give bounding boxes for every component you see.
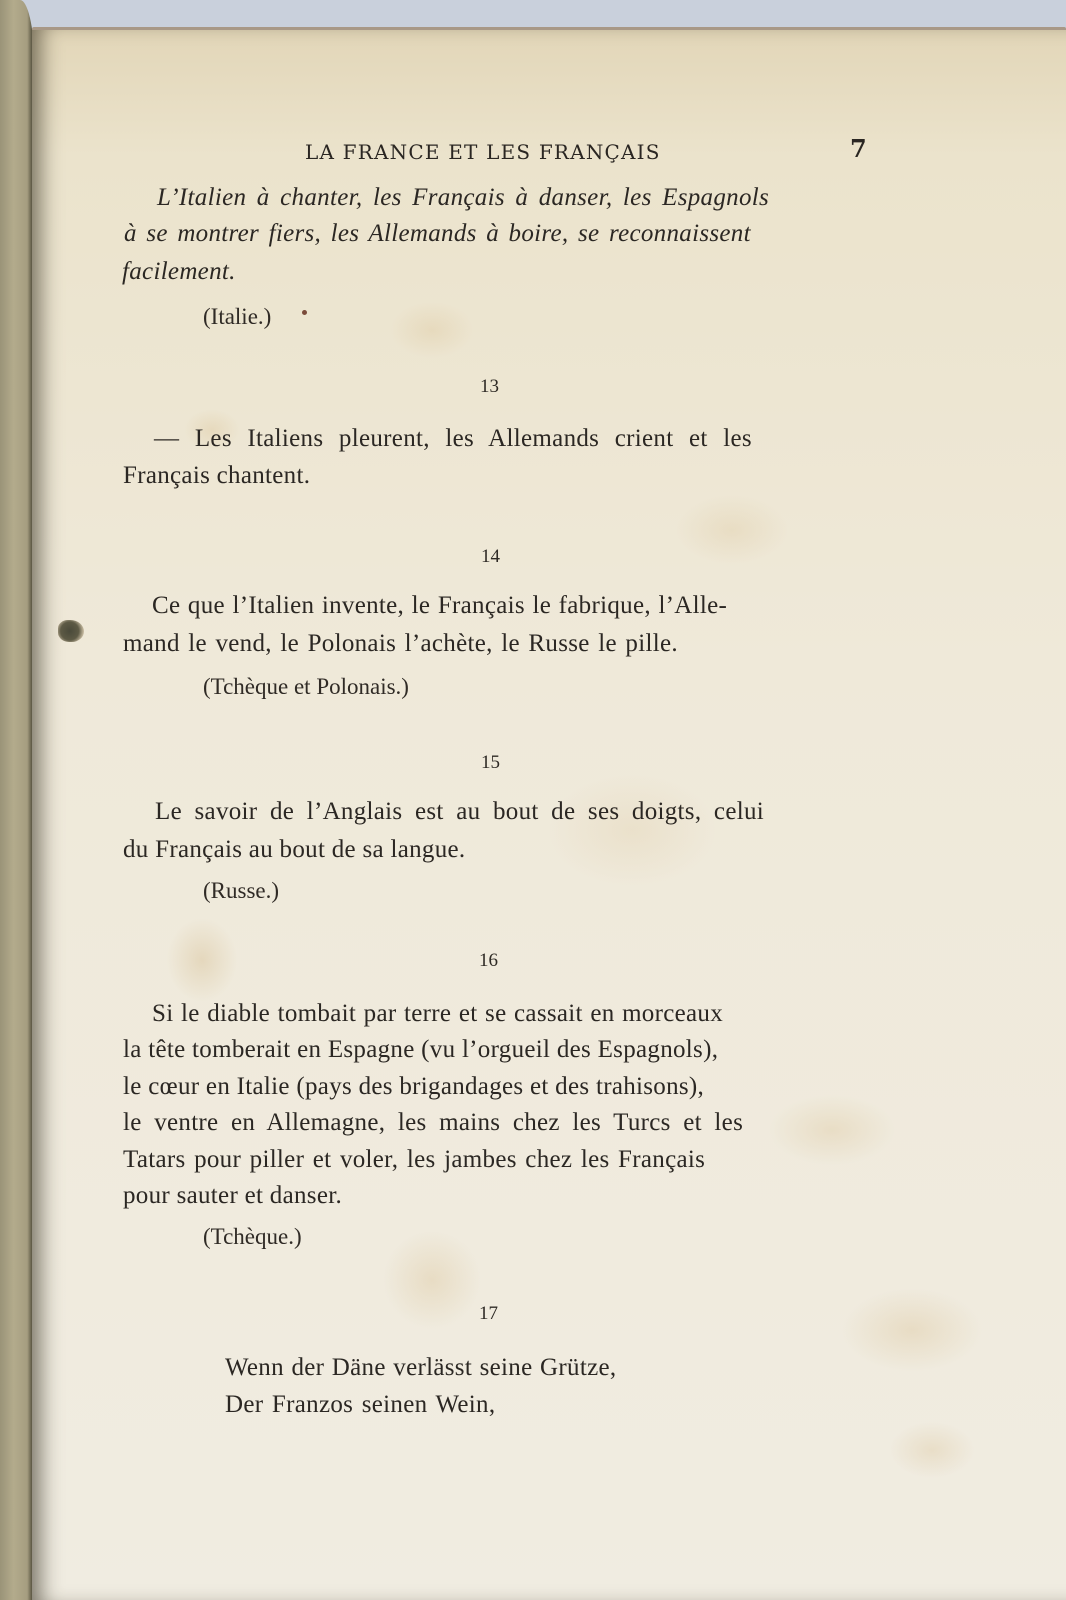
page-number: 7 [850,134,867,163]
text-line: Ce que l’Italien invente, le Français le… [152,592,727,620]
text-line: le ventre en Allemagne, les mains chez l… [123,1109,743,1137]
text-line: facilement. [122,258,236,286]
text-line: — Les Italiens pleurent, les Allemands c… [154,425,752,453]
proverb-number: 13 [480,376,499,398]
text-line: Tatars pour piller et voler, les jambes … [123,1146,705,1174]
running-head: LA FRANCE ET LES FRANÇAIS [305,140,661,164]
proverb-number: 17 [479,1303,498,1325]
text-line: L’Italien à chanter, les Français à dans… [157,184,769,212]
text-line: Si le diable tombait par terre et se cas… [152,1000,723,1028]
stray-mark [302,310,307,315]
text-line: Français chantent. [123,462,310,490]
ink-stain [58,620,84,642]
text-line: le cœur en Italie (pays des brigandages … [123,1073,704,1101]
text-line: mand le vend, le Polonais l’achète, le R… [123,630,678,658]
adjacent-page-edge [0,0,34,1600]
proverb-origin: (Italie.) [203,304,271,330]
proverb-number: 14 [481,546,500,568]
proverb-number: 15 [481,752,500,774]
proverb-origin: (Russe.) [203,878,279,904]
proverb-origin: (Tchèque.) [203,1224,302,1250]
text-line: la tête tomberait en Espagne (vu l’orgue… [123,1036,718,1064]
text-line: pour sauter et danser. [123,1182,342,1210]
verse-line: Wenn der Däne verlässt seine Grütze, [225,1354,616,1382]
text-line: Le savoir de l’Anglais est au bout de se… [155,798,764,826]
verse-line: Der Franzos seinen Wein, [225,1391,495,1419]
text-line: à se montrer fiers, les Allemands à boir… [124,220,751,248]
text-line: du Français au bout de sa langue. [123,836,465,864]
proverb-number: 16 [479,950,498,972]
proverb-origin: (Tchèque et Polonais.) [203,674,409,700]
